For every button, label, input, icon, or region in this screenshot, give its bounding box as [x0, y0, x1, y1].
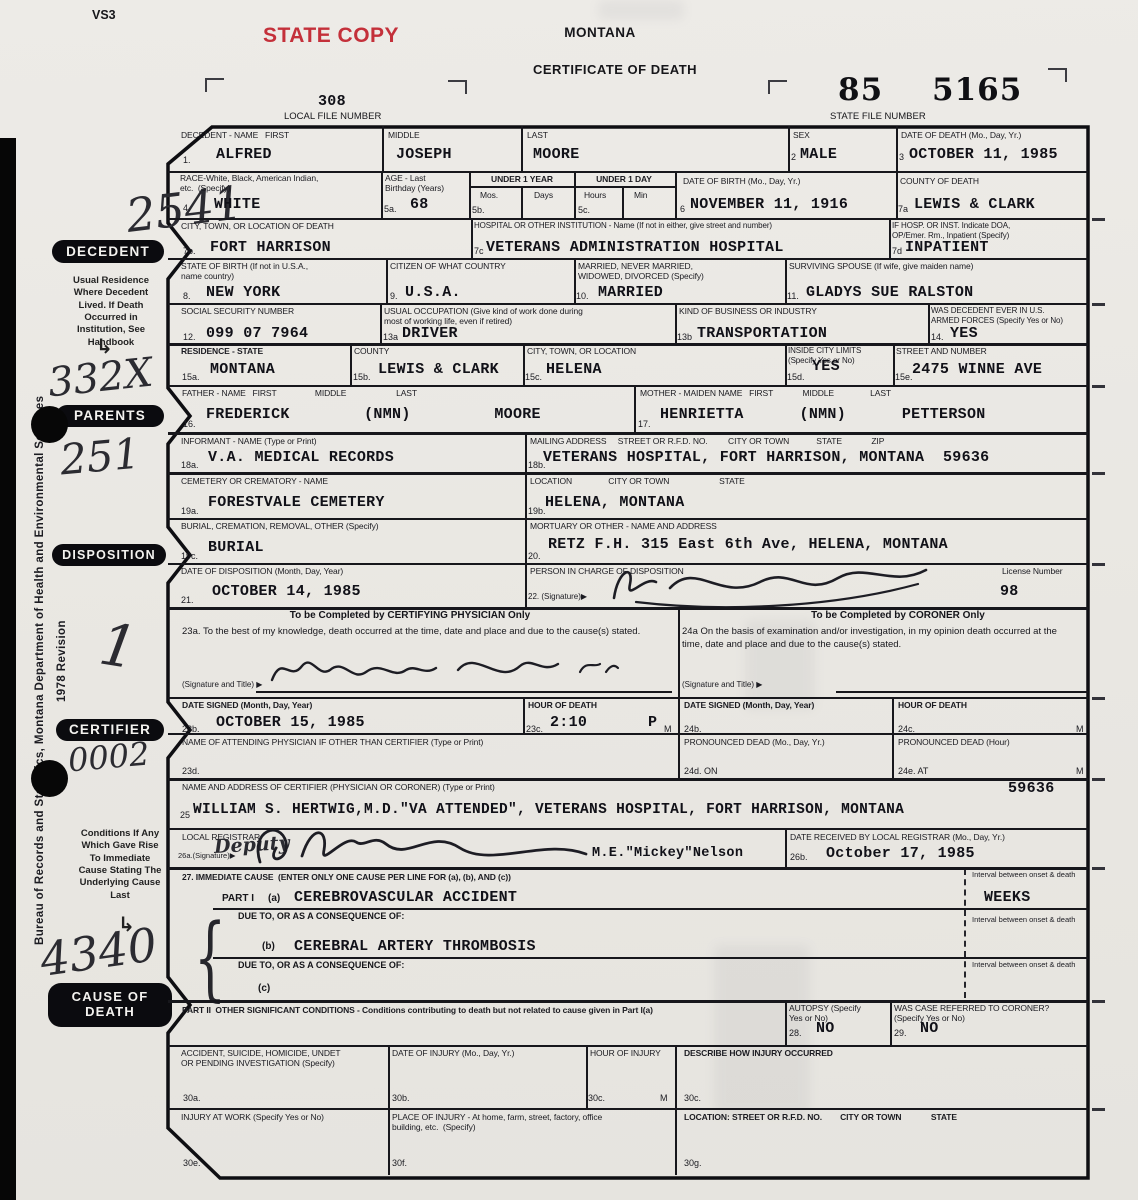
- grid-line: [168, 563, 1088, 565]
- field-injury-manner-num: 30a.: [183, 1093, 201, 1103]
- field-citizen-value: U.S.A.: [405, 284, 461, 301]
- field-citizen-label: CITIZEN OF WHAT COUNTRY: [390, 261, 506, 271]
- field-res-state-num: 15a.: [182, 372, 200, 382]
- field-armed-forces-value: YES: [950, 325, 978, 342]
- revision-side-text: 1978 Revision: [56, 572, 68, 702]
- field-date-of-death-label: DATE OF DEATH (Mo., Day, Yr.): [901, 130, 1021, 140]
- grid-line: [622, 186, 624, 218]
- field-sex-value: MALE: [800, 146, 837, 163]
- field-ssn-label: SOCIAL SECURITY NUMBER: [181, 306, 294, 316]
- field-pronounced-dead-hour-label: PRONOUNCED DEAD (Hour): [898, 737, 1010, 747]
- field-date-signed-24b-label: DATE SIGNED (Month, Day, Year): [684, 700, 814, 710]
- field-pronounced-dead-hour-m: M: [1076, 766, 1084, 776]
- field-spouse-label: SURVIVING SPOUSE (If wife, give maiden n…: [789, 261, 1079, 271]
- field-date-of-death-value: OCTOBER 11, 1985: [909, 146, 1058, 163]
- field-injury-at-work-num: 30e.: [183, 1158, 201, 1168]
- field-father-value: FREDERICK (NMN) MOORE: [206, 406, 541, 423]
- grid-line: [586, 1045, 588, 1108]
- grid-line: [382, 126, 384, 171]
- field-marital-num: 10.: [576, 291, 589, 301]
- grid-line: [890, 1000, 892, 1045]
- grid-line: [634, 385, 636, 432]
- field-industry-label: KIND OF BUSINESS OR INDUSTRY: [679, 306, 817, 316]
- field-burial-num: 19c.: [181, 551, 198, 561]
- field-spouse-value: GLADYS SUE RALSTON: [806, 284, 973, 301]
- coroner-section-header: To be Completed by CORONER Only: [758, 610, 1038, 621]
- field-injury-hour-label: HOUR OF INJURY: [590, 1048, 661, 1058]
- field-name-middle-label: MIDDLE: [388, 130, 420, 140]
- field-cemetery-loc-value: HELENA, MONTANA: [545, 494, 685, 511]
- grid-line: [168, 1000, 1088, 1003]
- grid-line: [836, 691, 1088, 693]
- grid-line: [168, 733, 1088, 735]
- field-father-label: FATHER - NAME FIRST MIDDLE LAST: [182, 388, 417, 398]
- field-name-last-label: LAST: [527, 130, 548, 140]
- field-age-label: AGE - Last Birthday (Years): [385, 173, 469, 194]
- field-disposition-person-num: 22. (Signature)▶: [528, 592, 587, 601]
- field-res-street-num: 15e.: [895, 372, 913, 382]
- section-tab-parents: PARENTS: [56, 405, 164, 427]
- grid-line: [168, 218, 1088, 220]
- field-occupation-value: DRIVER: [402, 325, 458, 342]
- physician-section-header: To be Completed by CERTIFYING PHYSICIAN …: [225, 610, 595, 621]
- grid-line: [889, 218, 891, 258]
- grid-line: [380, 303, 382, 343]
- edge-tick: [1092, 472, 1105, 475]
- cause-line-b-label: (b): [262, 941, 275, 952]
- field-injury-hour-m: M: [660, 1093, 668, 1103]
- grid-line: [675, 171, 677, 218]
- section-tab-cause-of-death: CAUSE OF DEATH: [48, 983, 172, 1027]
- handwritten-code-parents: 251: [58, 429, 142, 485]
- death-certificate-scan: VS3 STATE COPY MONTANA CERTIFICATE OF DE…: [0, 0, 1138, 1200]
- field-county-of-death-num: 7a: [898, 204, 908, 214]
- under-1-year-mos-label: Mos.: [480, 190, 498, 200]
- field-injury-manner-label: ACCIDENT, SUICIDE, HOMICIDE, UNDET OR PE…: [181, 1048, 386, 1069]
- field-date-of-birth-label: DATE OF BIRTH (Mo., Day, Yr.): [683, 176, 800, 186]
- field-date-received-label: DATE RECEIVED BY LOCAL REGISTRAR (Mo., D…: [790, 832, 1005, 842]
- edge-tick: [1092, 867, 1105, 870]
- grid-line: [525, 432, 527, 607]
- field-city-of-death-num: 7b.: [183, 246, 196, 256]
- field-marital-value: MARRIED: [598, 284, 663, 301]
- field-referred-coroner-num: 29.: [894, 1028, 907, 1038]
- grid-line: [386, 258, 388, 303]
- field-hospital-num: 7c: [474, 246, 484, 256]
- field-date-received-num: 26b.: [790, 852, 808, 862]
- edge-tick: [1092, 697, 1105, 700]
- field-res-city-num: 15c.: [525, 372, 542, 382]
- under-1-year-days-label: Days: [534, 190, 553, 200]
- field-race-num: 4.: [183, 203, 191, 213]
- cause-line-b-value: CEREBRAL ARTERY THROMBOSIS: [294, 938, 536, 955]
- field-hospital-label: HOSPITAL OR OTHER INSTITUTION - Name (If…: [474, 221, 886, 231]
- field-injury-location-num: 30g.: [684, 1158, 702, 1168]
- certify-statement-23a: 23a. To the best of my knowledge, death …: [182, 626, 660, 639]
- field-attending-physician-label: NAME OF ATTENDING PHYSICIAN IF OTHER THA…: [182, 737, 483, 747]
- interval-label-b: Interval between onset & death: [972, 915, 1075, 924]
- handwritten-code-certifier: 0002: [66, 735, 150, 780]
- field-citizen-num: 9.: [390, 291, 398, 301]
- field-certifier-value: WILLIAM S. HERTWIG,M.D."VA ATTENDED", VE…: [193, 802, 904, 818]
- field-injury-place-num: 30f.: [392, 1158, 407, 1168]
- field-race-value: WHITE: [214, 196, 261, 213]
- edge-tick: [1092, 1108, 1105, 1111]
- field-cemetery-num: 19a.: [181, 506, 199, 516]
- field-referred-coroner-value: NO: [920, 1020, 939, 1037]
- grid-line: [896, 126, 898, 171]
- edge-tick: [1092, 778, 1105, 781]
- field-res-county-label: COUNTY: [354, 346, 389, 356]
- field-under-1-year-label: UNDER 1 YEAR: [472, 174, 572, 184]
- conditions-note: Conditions If Any Which Gave Rise To Imm…: [78, 828, 162, 902]
- cause-line-c-label: (c): [258, 983, 270, 994]
- interval-divider-dashed: [964, 869, 966, 998]
- field-injury-date-num: 30b.: [392, 1093, 410, 1103]
- certify-statement-24a: 24a On the basis of examination and/or i…: [682, 626, 1080, 652]
- field-injury-at-work-label: INJURY AT WORK (Specify Yes or No): [181, 1112, 324, 1122]
- field-cemetery-loc-num: 19b.: [528, 506, 546, 516]
- field-autopsy-value: NO: [816, 1020, 835, 1037]
- field-res-county-value: LEWIS & CLARK: [378, 361, 499, 378]
- grid-line: [168, 1045, 1088, 1047]
- field-occupation-label: USUAL OCCUPATION (Give kind of work done…: [384, 306, 669, 327]
- signature-certifying-physician: [262, 646, 662, 694]
- field-date-of-birth-num: 6: [680, 204, 685, 214]
- field-mortuary-num: 20.: [528, 551, 541, 561]
- grid-line: [574, 258, 576, 303]
- field-mortuary-value: RETZ F.H. 315 East 6th Ave, HELENA, MONT…: [548, 536, 948, 553]
- signature-local-registrar: [248, 818, 598, 872]
- cause-line-a-value: CEREBROVASCULAR ACCIDENT: [294, 889, 517, 906]
- field-burial-value: BURIAL: [208, 539, 264, 556]
- field-pronounced-dead-hour-num: 24e. AT: [898, 766, 928, 776]
- field-mother-value: HENRIETTA (NMN) PETTERSON: [660, 406, 986, 423]
- field-local-registrar-typed: M.E."Mickey"Nelson: [592, 846, 743, 861]
- part2-label: PART II OTHER SIGNIFICANT CONDITIONS - C…: [182, 1005, 782, 1015]
- grid-line: [168, 472, 1088, 475]
- field-res-street-label: STREET AND NUMBER: [896, 346, 987, 356]
- grid-line: [168, 343, 1088, 346]
- field-if-hosp-value: INPATIENT: [905, 239, 989, 256]
- grid-line: [675, 303, 677, 343]
- field-cemetery-value: FORESTVALE CEMETERY: [208, 494, 385, 511]
- edge-tick: [1092, 385, 1105, 388]
- grid-line: [574, 171, 576, 218]
- grid-line: [785, 343, 787, 385]
- field-informant-num: 18a.: [181, 460, 199, 470]
- field-certifier-zip: 59636: [1008, 780, 1055, 797]
- field-res-street-value: 2475 WINNE AVE: [912, 361, 1042, 378]
- grid-line: [256, 691, 672, 693]
- field-if-hosp-label: IF HOSP. OR INST. Indicate DOA, OP/Emer.…: [892, 221, 1084, 241]
- field-armed-forces-label: WAS DECEDENT EVER IN U.S. ARMED FORCES (…: [931, 306, 1083, 326]
- field-res-city-limits-value: YES: [812, 358, 840, 375]
- field-disposition-date-label: DATE OF DISPOSITION (Month, Day, Year): [181, 566, 343, 576]
- interval-label-c: Interval between onset & death: [972, 960, 1075, 969]
- field-name-first-value: ALFRED: [216, 146, 272, 163]
- field-res-county-num: 15b.: [353, 372, 371, 382]
- field-date-of-death-num: 3: [899, 152, 904, 162]
- field-autopsy-label: AUTOPSY (Specify Yes or No): [789, 1003, 885, 1024]
- grid-line: [523, 697, 525, 733]
- immediate-cause-heading: 27. IMMEDIATE CAUSE (ENTER ONLY ONE CAUS…: [182, 872, 511, 882]
- field-burial-label: BURIAL, CREMATION, REMOVAL, OTHER (Speci…: [181, 521, 379, 531]
- field-res-state-value: MONTANA: [210, 361, 275, 378]
- field-state-of-birth-num: 8.: [183, 291, 191, 301]
- grid-line: [521, 126, 523, 171]
- field-attending-physician-num: 23d.: [182, 766, 200, 776]
- field-sex-num: 2: [791, 152, 796, 162]
- field-age-num: 5a.: [384, 204, 397, 214]
- edge-tick: [1092, 303, 1105, 306]
- field-ssn-num: 12.: [183, 332, 196, 342]
- grid-line: [168, 867, 1088, 870]
- grid-line: [381, 171, 383, 218]
- field-injury-place-label: PLACE OF INJURY - At home, farm, street,…: [392, 1112, 672, 1133]
- field-industry-num: 13b: [677, 332, 692, 342]
- field-disposition-date-value: OCTOBER 14, 1985: [212, 583, 361, 600]
- field-disposition-date-num: 21.: [181, 595, 194, 605]
- bureau-side-text: Bureau of Records and Statistics, Montan…: [34, 295, 46, 945]
- grid-line: [213, 908, 1088, 910]
- grid-line: [469, 171, 471, 218]
- grid-line: [168, 258, 1088, 260]
- field-under-1-year-num: 5b.: [472, 205, 485, 215]
- grid-line: [521, 186, 523, 218]
- field-res-city-label: CITY, TOWN, OR LOCATION: [527, 346, 636, 356]
- field-res-city-limits-num: 15d.: [787, 372, 805, 382]
- field-name-last-value: MOORE: [533, 146, 580, 163]
- field-hospital-value: VETERANS ADMINISTRATION HOSPITAL: [486, 239, 784, 256]
- field-county-of-death-value: LEWIS & CLARK: [914, 196, 1035, 213]
- signature-title-label-24a: (Signature and Title) ▶: [682, 680, 762, 689]
- field-date-of-birth-value: NOVEMBER 11, 1916: [690, 196, 848, 213]
- hole-punch: [31, 760, 68, 797]
- grid-line: [785, 1000, 787, 1045]
- field-hour-of-death-24c-label: HOUR OF DEATH: [898, 700, 967, 710]
- field-date-signed-23b-value: OCTOBER 15, 1985: [216, 714, 365, 731]
- cause-line-a-interval-value: WEEKS: [984, 889, 1031, 906]
- field-informant-addr-value: VETERANS HOSPITAL, FORT HARRISON, MONTAN…: [543, 449, 989, 466]
- field-autopsy-num: 28.: [789, 1028, 802, 1038]
- field-mother-label: MOTHER - MAIDEN NAME FIRST MIDDLE LAST: [640, 388, 891, 398]
- field-industry-value: TRANSPORTATION: [697, 325, 827, 342]
- grid-line: [168, 828, 1088, 830]
- field-hour-of-death-23c-label: HOUR OF DEATH: [528, 700, 597, 710]
- grid-line: [168, 697, 1088, 699]
- grid-line: [388, 1045, 390, 1175]
- field-res-state-label: RESIDENCE - STATE: [181, 346, 263, 356]
- section-tab-decedent: DECEDENT: [52, 240, 164, 263]
- field-injury-location-label: LOCATION: STREET OR R.F.D. NO. CITY OR T…: [684, 1112, 957, 1122]
- field-injury-how-num: 30c.: [684, 1093, 701, 1103]
- due-to-label-2: DUE TO, OR AS A CONSEQUENCE OF:: [238, 960, 404, 970]
- grid-line: [928, 303, 930, 343]
- grid-line: [471, 218, 473, 258]
- field-ssn-value: 099 07 7964: [206, 325, 308, 342]
- grid-line: [213, 957, 1088, 959]
- grid-line: [168, 518, 1088, 520]
- field-res-city-value: HELENA: [546, 361, 602, 378]
- field-injury-date-label: DATE OF INJURY (Mo., Day, Yr.): [392, 1048, 514, 1058]
- edge-tick: [1092, 218, 1105, 221]
- field-name-first-label: DECEDENT - NAME FIRST: [181, 130, 289, 140]
- grid-line: [892, 697, 894, 778]
- field-city-of-death-label: CITY, TOWN, OR LOCATION OF DEATH: [181, 221, 334, 231]
- part1-label: PART I: [222, 893, 254, 904]
- field-if-hosp-num: 7d: [892, 246, 902, 256]
- signature-title-label-23a: (Signature and Title) ▶: [182, 680, 262, 689]
- grid-line: [678, 607, 680, 778]
- field-father-num: 16.: [183, 419, 196, 429]
- grid-line: [785, 258, 787, 303]
- field-date-signed-23b-label: DATE SIGNED (Month, Day, Year): [182, 700, 312, 710]
- field-certifier-label: NAME AND ADDRESS OF CERTIFIER (PHYSICIAN…: [182, 782, 495, 792]
- grid-line: [785, 828, 787, 867]
- edge-tick: [1092, 563, 1105, 566]
- grid-line: [788, 126, 790, 171]
- field-date-received-value: October 17, 1985: [826, 845, 975, 862]
- edge-tick: [1092, 1000, 1105, 1003]
- field-cemetery-loc-label: LOCATION CITY OR TOWN STATE: [530, 476, 745, 486]
- grid-line: [168, 1108, 1088, 1110]
- grid-line: [168, 385, 1088, 387]
- field-hour-of-death-23c-ampm: P: [648, 714, 657, 731]
- grid-line: [168, 171, 1088, 173]
- field-race-label: RACE-White, Black, American Indian, etc.…: [180, 173, 360, 194]
- field-hour-of-death-23c-value: 2:10: [550, 714, 587, 731]
- hole-punch: [31, 406, 68, 443]
- field-under-1-day-num: 5c.: [578, 205, 590, 215]
- field-informant-label: INFORMANT - NAME (Type or Print): [181, 436, 317, 446]
- field-mortuary-label: MORTUARY OR OTHER - NAME AND ADDRESS: [530, 521, 717, 531]
- signature-person-in-charge: [600, 558, 940, 610]
- field-cemetery-label: CEMETERY OR CREMATORY - NAME: [181, 476, 328, 486]
- grid-line: [523, 343, 525, 385]
- field-injury-how-label: DESCRIBE HOW INJURY OCCURRED: [684, 1048, 833, 1058]
- cause-line-a-label: (a): [268, 893, 280, 904]
- field-armed-forces-num: 14.: [931, 332, 944, 342]
- field-name-first-num: 1.: [183, 155, 191, 165]
- field-informant-addr-label: MAILING ADDRESS STREET OR R.F.D. NO. CIT…: [530, 436, 884, 446]
- field-occupation-num: 13a: [383, 332, 398, 342]
- field-city-of-death-value: FORT HARRISON: [210, 239, 331, 256]
- field-mother-num: 17.: [638, 419, 651, 429]
- field-spouse-num: 11.: [787, 291, 799, 301]
- grid-line: [675, 1045, 677, 1175]
- field-state-of-birth-label: STATE OF BIRTH (If not in U.S.A., name c…: [181, 261, 381, 282]
- under-1-day-min-label: Min: [634, 190, 647, 200]
- field-name-middle-value: JOSEPH: [396, 146, 452, 163]
- field-pronounced-dead-date-num: 24d. ON: [684, 766, 718, 776]
- field-county-of-death-label: COUNTY OF DEATH: [900, 176, 979, 186]
- due-to-label-1: DUE TO, OR AS A CONSEQUENCE OF:: [238, 911, 404, 921]
- grid-line: [168, 778, 1088, 781]
- under-1-day-hours-label: Hours: [584, 190, 606, 200]
- field-injury-hour-num: 30c.: [588, 1093, 605, 1103]
- field-certifier-num: 25: [180, 810, 190, 820]
- field-age-value: 68: [410, 196, 429, 213]
- field-sex-label: SEX: [793, 130, 810, 140]
- interval-label-a: Interval between onset & death: [972, 870, 1075, 879]
- grid-line: [168, 303, 1088, 305]
- section-tab-disposition: DISPOSITION: [52, 544, 166, 566]
- grid-line: [469, 186, 675, 188]
- grid-line: [168, 432, 1088, 435]
- field-informant-value: V.A. MEDICAL RECORDS: [208, 449, 394, 466]
- field-license-value: 98: [1000, 583, 1019, 600]
- field-pronounced-dead-date-label: PRONOUNCED DEAD (Mo., Day, Yr.): [684, 737, 825, 747]
- grid-line: [168, 607, 1088, 610]
- grid-line: [350, 343, 352, 385]
- grid-line: [896, 171, 898, 218]
- field-license-label: License Number: [1002, 566, 1063, 576]
- field-marital-label: MARRIED, NEVER MARRIED, WIDOWED, DIVORCE…: [578, 261, 778, 282]
- grid-line: [893, 343, 895, 385]
- field-under-1-day-label: UNDER 1 DAY: [576, 174, 672, 184]
- field-state-of-birth-value: NEW YORK: [206, 284, 280, 301]
